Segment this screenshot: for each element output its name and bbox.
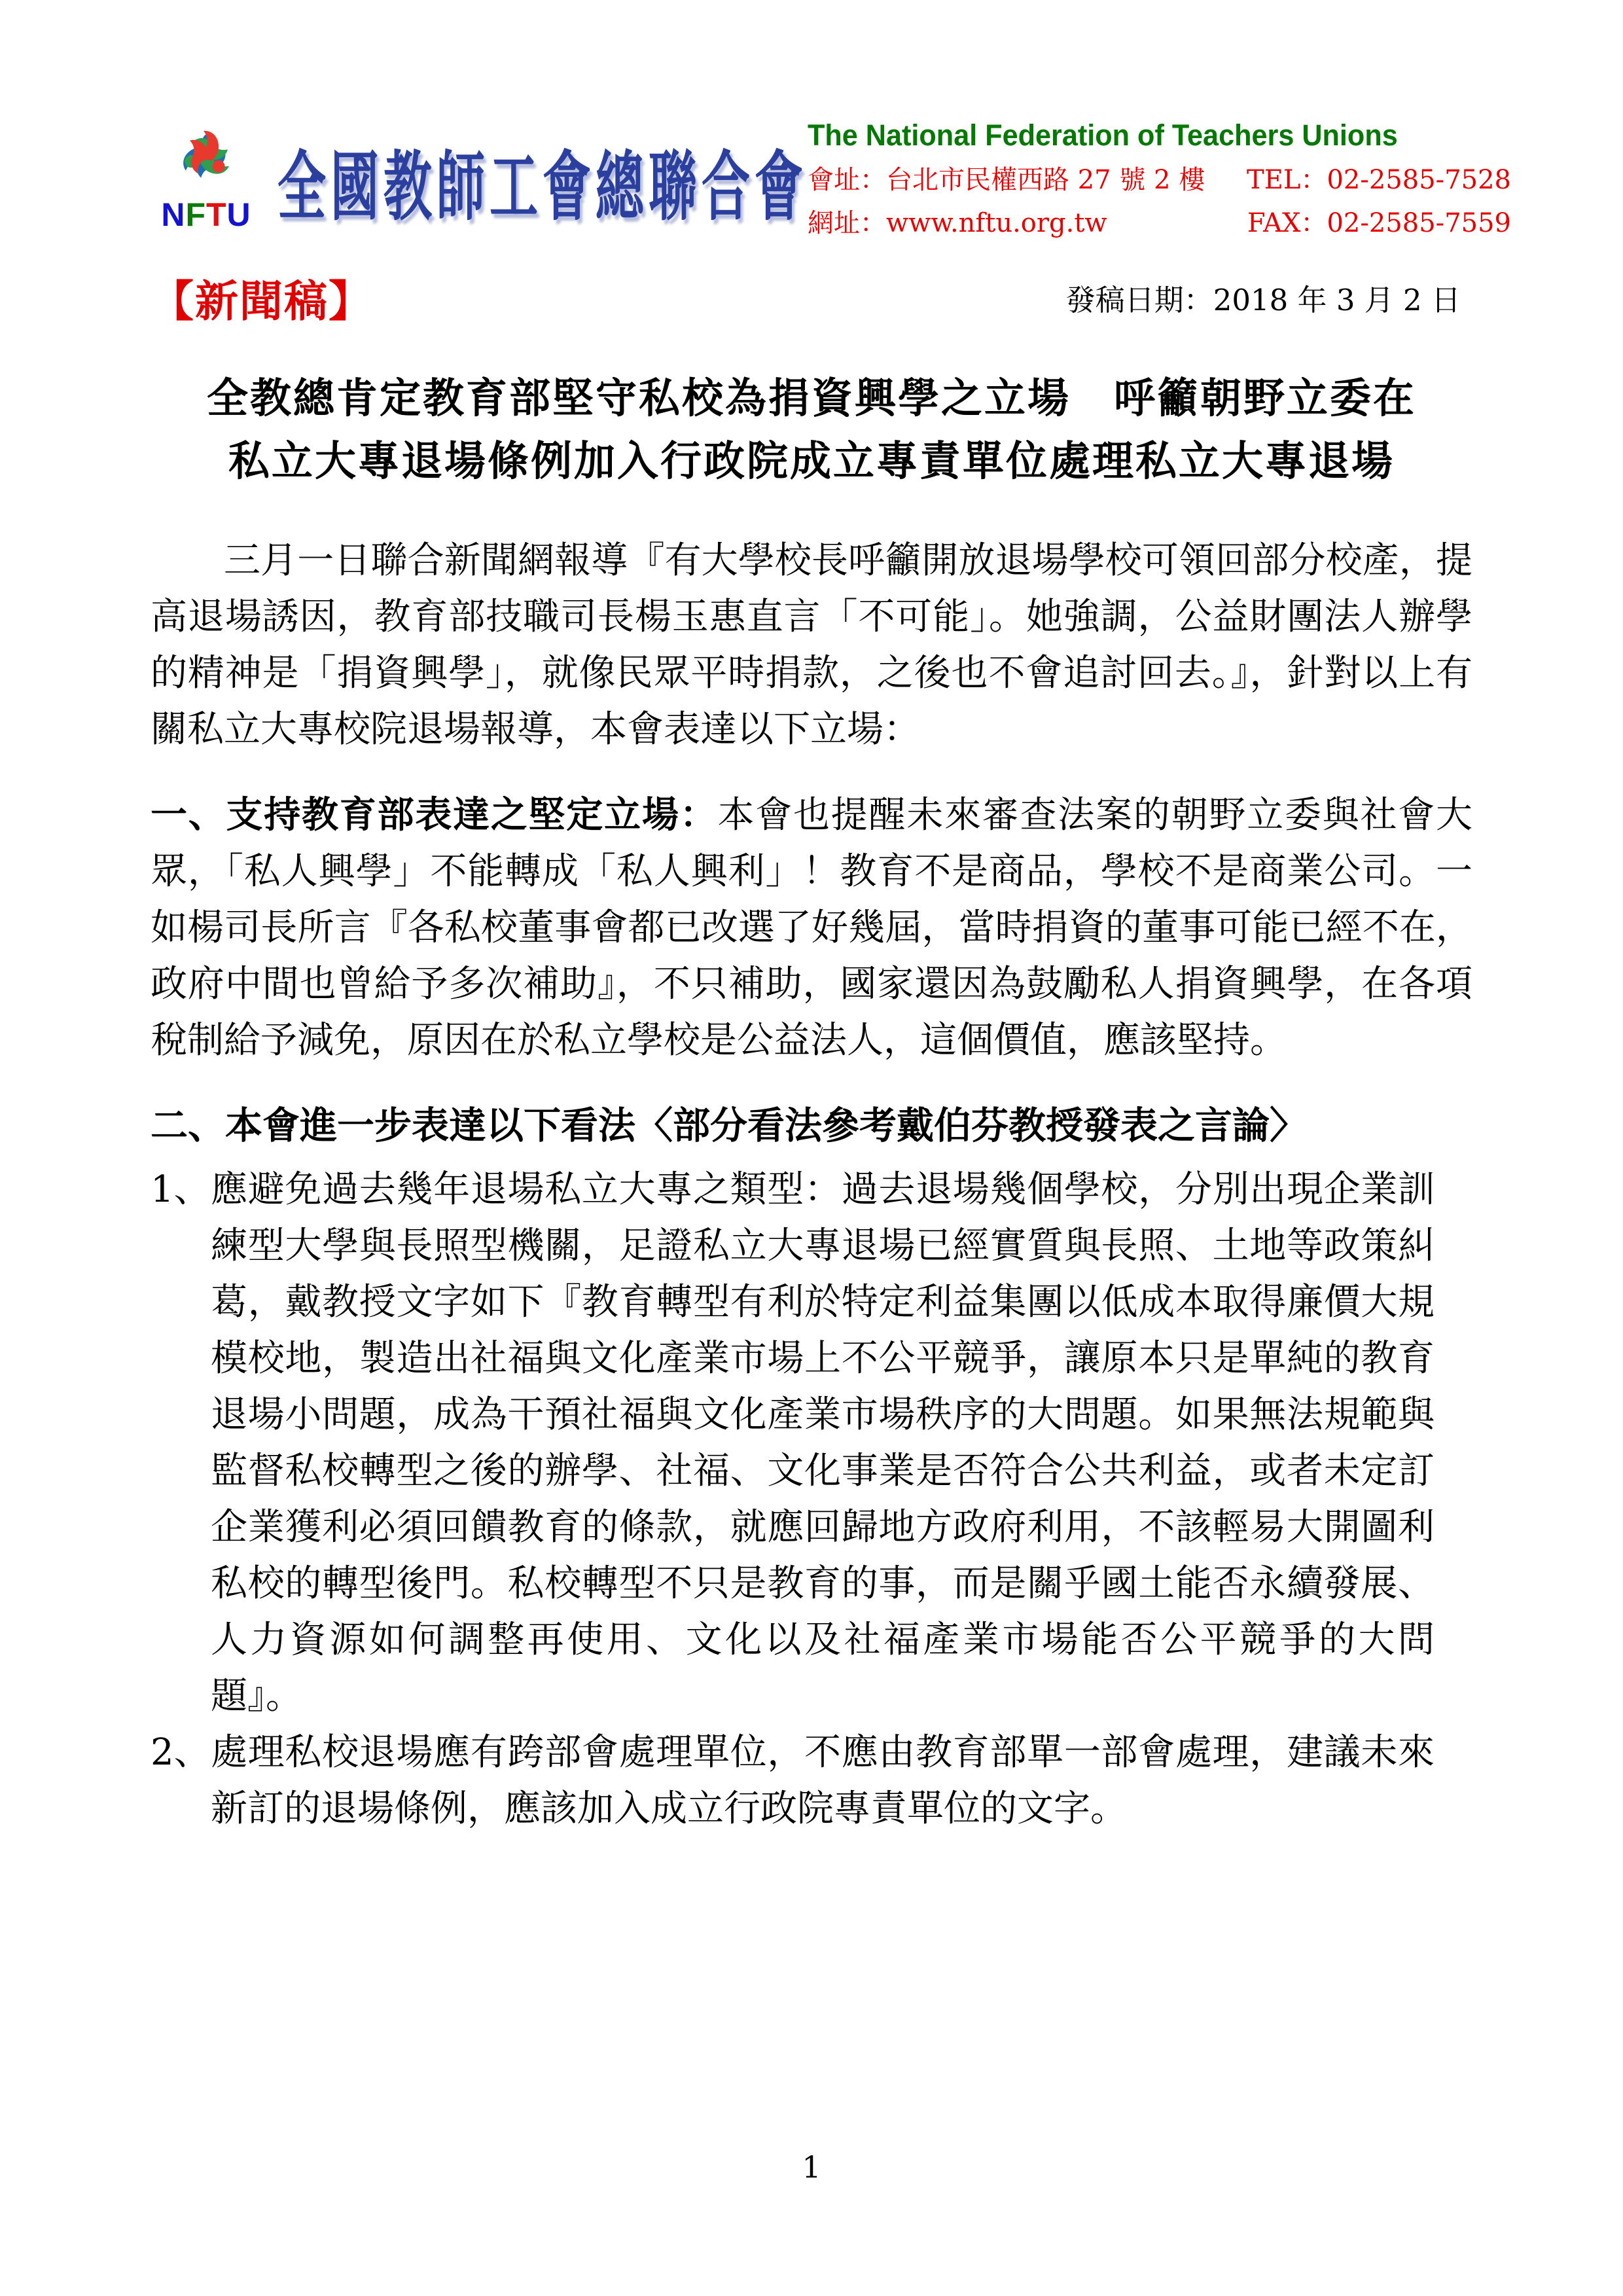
nftu-letter-u: U: [227, 196, 251, 233]
list-item-2-text: 處理私校退場應有跨部會處理單位，不應由教育部單一部會處理，建議未來新訂的退場條例…: [211, 1731, 1435, 1830]
nftu-letter-n: N: [161, 196, 185, 233]
contact-info: The National Federation of Teachers Unio…: [808, 118, 1511, 239]
headline: 全教總肯定教育部堅守私校為捐資興學之立場 呼籲朝野立委在 私立大專退場條例加入行…: [151, 367, 1472, 492]
list-item-1-marker: 1、: [151, 1162, 211, 1218]
address-text: 會址：台北市民權西路 27 號 2 樓: [808, 164, 1205, 196]
contact-row-1: 會址：台北市民權西路 27 號 2 樓 TEL：02-2585-7528: [808, 164, 1511, 196]
website-text[interactable]: 網址：www.nftu.org.tw: [808, 207, 1107, 239]
headline-line-1: 全教總肯定教育部堅守私校為捐資興學之立場 呼籲朝野立委在: [207, 374, 1416, 422]
opinion-list: 1、應避免過去幾年退場私立大專之類型：過去退場幾個學校，分別出現企業訓練型大學與…: [151, 1162, 1472, 1837]
fax-text: FAX：02-2585-7559: [1247, 207, 1511, 239]
list-item-1: 1、應避免過去幾年退場私立大專之類型：過去退場幾個學校，分別出現企業訓練型大學與…: [151, 1162, 1472, 1725]
org-name-zh: 全國教師工會總聯合會: [277, 128, 808, 235]
org-name-en: The National Federation of Teachers Unio…: [808, 118, 1483, 152]
page-number: 1: [0, 2149, 1623, 2185]
nftu-letter-f: F: [185, 196, 206, 233]
nftu-acronym: NFTU: [151, 198, 262, 231]
tel-text: TEL：02-2585-7528: [1247, 164, 1511, 196]
list-item-2-marker: 2、: [151, 1725, 211, 1781]
letterhead: NFTU 全國教師工會總聯合會 The National Federation …: [151, 108, 1472, 239]
contact-row-2: 網址：www.nftu.org.tw FAX：02-2585-7559: [808, 207, 1511, 239]
meta-row: 【新聞稿】 發稿日期：2018 年 3 月 2 日: [151, 266, 1472, 329]
nftu-letter-t: T: [206, 196, 227, 233]
intro-paragraph: 三月一日聯合新聞網報導『有大學校長呼籲開放退場學校可領回部分校產，提高退場誘因，…: [151, 533, 1472, 758]
section-2-heading: 二、本會進一步表達以下看法〈部分看法參考戴伯芬教授發表之言論〉: [151, 1098, 1472, 1154]
section-1-heading: 一、支持教育部表達之堅定立場：: [151, 793, 717, 836]
list-item-2: 2、處理私校退場應有跨部會處理單位，不應由教育部單一部會處理，建議未來新訂的退場…: [151, 1725, 1472, 1837]
nftu-people-triskelion-icon: [165, 118, 247, 198]
press-release-page: NFTU 全國教師工會總聯合會 The National Federation …: [0, 0, 1623, 2296]
list-item-1-text: 應避免過去幾年退場私立大專之類型：過去退場幾個學校，分別出現企業訓練型大學與長照…: [211, 1168, 1435, 1717]
section-1-paragraph: 一、支持教育部表達之堅定立場：本會也提醒未來審查法案的朝野立委與社會大眾，「私人…: [151, 787, 1472, 1069]
doc-type-label: 【新聞稿】: [151, 266, 373, 329]
headline-line-2: 私立大專退場條例加入行政院成立專責單位處理私立大專退場: [228, 437, 1395, 485]
logo-mark: NFTU: [151, 108, 262, 231]
issue-date: 發稿日期：2018 年 3 月 2 日: [1066, 276, 1461, 319]
logo: NFTU 全國教師工會總聯合會: [151, 108, 808, 231]
